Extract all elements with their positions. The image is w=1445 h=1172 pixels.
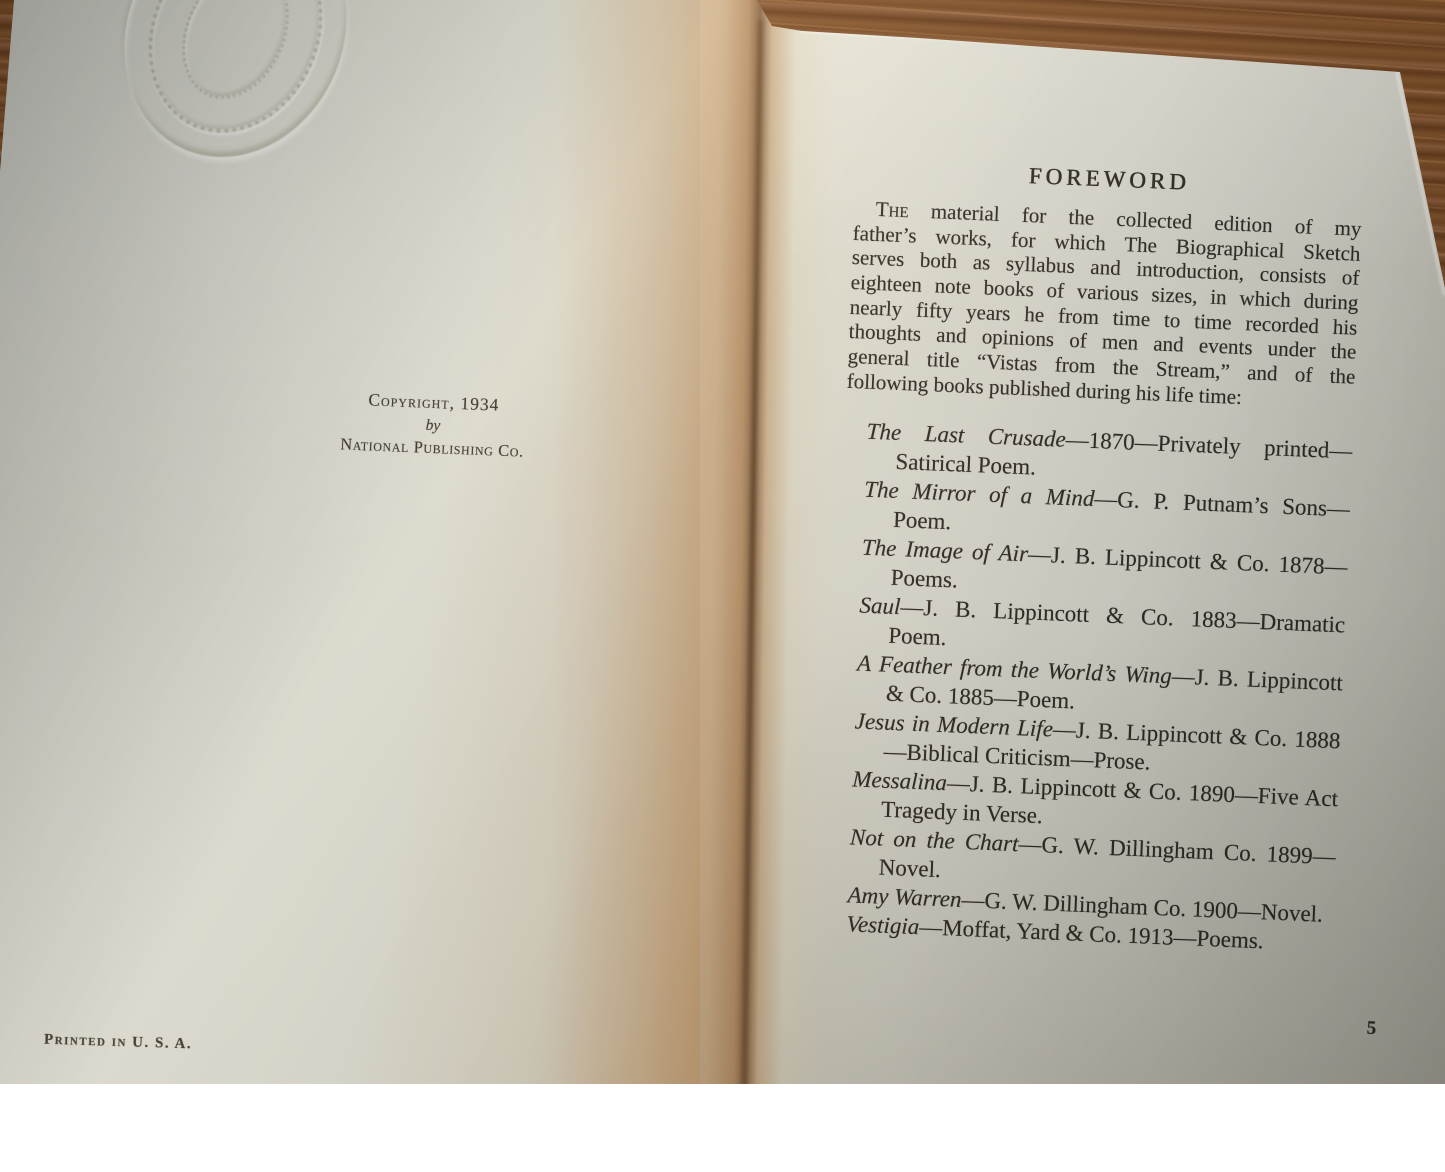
paragraph-line: The material for the collected edition o… [853,196,1362,241]
paragraph-line: eighteen note books of various sizes, in… [850,270,1359,315]
foreword-paragraph: The material for the collected edition o… [846,196,1362,414]
book-title: The Mirror of a Mind [864,476,1095,510]
foreword-heading: FOREWORD [855,156,1364,203]
book-details: —J. B. Lippincott & Co. 1878—Poems. [890,541,1348,592]
book-details: —G. W. Dillingham Co. 1899—Novel. [878,831,1336,882]
book-details: —J. B. Lippincott & Co. 1890—Five Act Tr… [881,770,1339,828]
book-list-item: Amy Warren—G. W. Dillingham Co. 1900—Nov… [847,880,1334,929]
embossed-stamp-center [162,0,309,116]
copyright-year-line: Copyright, 1934 [319,387,550,417]
embossed-stamp [85,0,385,193]
book-details: —G. W. Dillingham Co. 1900—Novel. [961,886,1323,926]
book-details: —J. B. Lippincott & Co. 1888—Biblical Cr… [883,716,1341,774]
book-title: Vestigia [846,911,920,939]
book-list-item: Messalina—J. B. Lippincott & Co. 1890—Fi… [851,764,1339,842]
paragraph-line: following books published during his lif… [846,369,1355,414]
wood-table-background: Copyright, 1934 by National Publishing C… [0,0,1445,1084]
paragraph-line: thoughts and opinions of men and events … [848,319,1357,364]
book-details: —G. P. Putnam’s Sons—Poem. [893,486,1351,534]
book-title: Amy Warren [847,882,962,912]
paragraph-line: general title “Vistas from the Stream,” … [847,344,1356,389]
book-list-item: A Feather from the World’s Wing—J. B. Li… [855,648,1343,726]
book-title: A Feather from the World’s Wing [857,650,1173,688]
copyright-block: Copyright, 1934 by National Publishing C… [317,387,549,462]
book-details: —J. B. Lippincott & Co. 1885—Poem. [886,663,1344,713]
book-title: The Image of Air [861,534,1028,566]
left-page [0,0,780,1084]
page-number: 5 [1366,1018,1376,1040]
book-list: The Last Crusade—1870—Privately printed—… [824,415,1353,957]
paragraph-line-text: material for the collected edition of my [930,199,1362,241]
book-title: The Last Crusade [866,418,1066,451]
book-list-item: Saul—J. B. Lippincott & Co. 1883—Dramati… [858,590,1346,668]
foreword-text-column: FOREWORD The material for the collected … [824,156,1364,958]
open-book: Copyright, 1934 by National Publishing C… [0,0,1445,1084]
paragraph-line: nearly fifty years he from time to time … [849,295,1358,340]
book-details: —1870—Privately printed—Satirical Poem. [895,426,1353,479]
copyright-by-line: by [318,412,549,439]
book-list-item: Jesus in Modern Life—J. B. Lippincott & … [853,706,1341,784]
book-gutter-shadow [543,0,860,1084]
book-list-item: The Mirror of a Mind—G. P. Putnam’s Sons… [863,474,1351,552]
page-right-edge-highlight [1395,70,1445,296]
book-title: Saul [859,592,901,619]
book-title: Jesus in Modern Life [854,708,1053,741]
book-list-item: The Last Crusade—1870—Privately printed—… [865,416,1353,494]
book-details: —Moffat, Yard & Co. 1913—Poems. [919,914,1264,953]
publisher-line: National Publishing Co. [317,433,548,462]
photo-open-book: { "left_page": { "copyright_line1": "Cop… [0,0,1445,1084]
gutter-crease [741,20,763,1084]
page-top-edge-highlight [800,28,1411,67]
paragraph-line: serves both as syllabus and introduction… [851,245,1360,290]
paragraph-line: father’s works, for which The Biographic… [852,221,1361,266]
embossed-stamp-ring [117,0,354,161]
paragraph-lead-word: The [875,197,909,222]
book-list-item: Not on the Chart—G. W. Dillingham Co. 18… [848,822,1336,900]
book-title: Not on the Chart [850,824,1019,856]
book-list-item: Vestigia—Moffat, Yard & Co. 1913—Poems. [846,909,1333,958]
book-details: —J. B. Lippincott & Co. 1883—Dramatic Po… [888,594,1346,650]
right-page [700,0,1445,1084]
book-title: Messalina [852,766,948,795]
printed-in-usa-line: Printed in U. S. A. [44,1032,193,1054]
book-list-item: The Image of Air—J. B. Lippincott & Co. … [860,532,1348,610]
